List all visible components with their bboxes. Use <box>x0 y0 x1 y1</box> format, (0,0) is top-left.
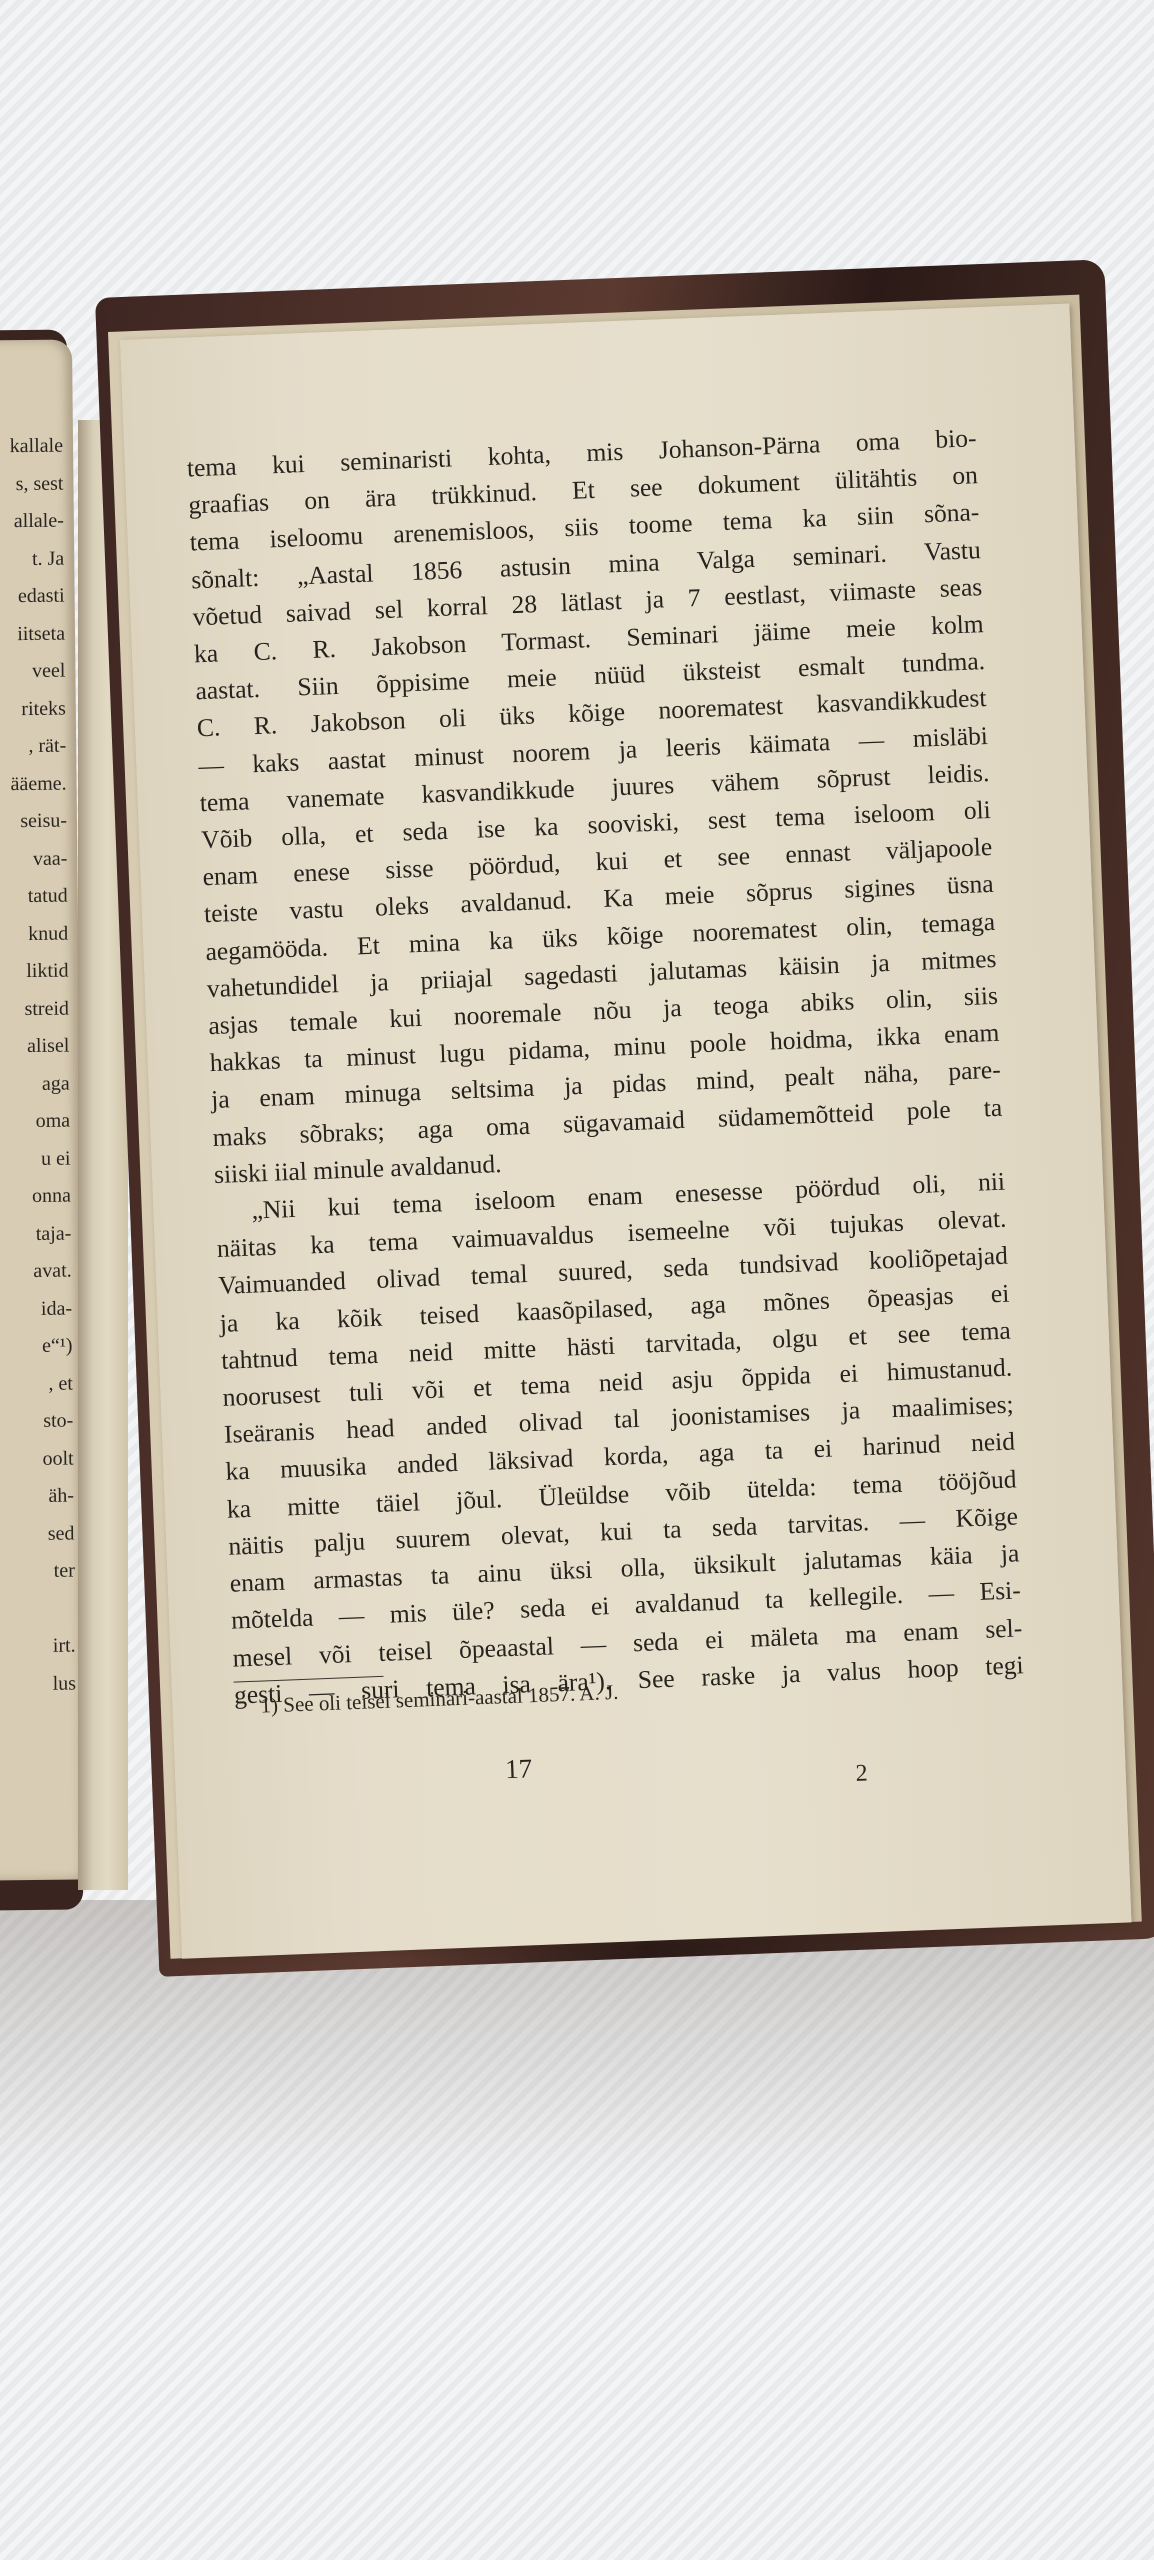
left-page-fragment: avat. <box>33 1260 72 1283</box>
left-page-fragment: riteks <box>21 697 66 720</box>
left-page-fragment: tatud <box>28 885 68 908</box>
left-page-fragment: streid <box>24 997 69 1020</box>
page-number: 17 <box>505 1753 533 1785</box>
left-page-fragment: allale- <box>14 510 64 534</box>
left-page-fragment: edasti <box>18 585 65 608</box>
left-page-fragment: vaa- <box>33 847 68 870</box>
left-page-fragment: sed <box>48 1522 75 1545</box>
left-page-fragment: seisu- <box>20 810 67 833</box>
left-page-fragment: e“¹) <box>42 1335 73 1358</box>
left-page-fragment: ida- <box>41 1297 72 1320</box>
left-page-fragment: kallale <box>10 435 64 459</box>
left-page-fragment: t. Ja <box>32 547 64 570</box>
left-page-fragment: ter <box>54 1560 75 1583</box>
signature-mark: 2 <box>855 1760 868 1787</box>
left-page-fragment: sto- <box>43 1410 73 1433</box>
left-page-fragment: , rät- <box>28 735 66 758</box>
left-page-fragment: liktid <box>26 960 68 983</box>
left-page-fragment: äh- <box>48 1485 74 1508</box>
left-page-fragment: oolt <box>42 1447 73 1470</box>
left-page-fragment: veel <box>32 660 66 683</box>
left-page-fragment: taja- <box>36 1222 72 1245</box>
left-page-fragment: , et <box>48 1372 73 1395</box>
left-page-fragment: aga <box>42 1072 70 1095</box>
left-page-fragment: s, sest <box>16 472 64 495</box>
left-page-fragment: onna <box>32 1185 71 1208</box>
right-page: tema kui seminaristi kohta, mis Johanson… <box>120 304 1131 1959</box>
body-text: tema kui seminaristi kohta, mis Johanson… <box>186 419 1024 1713</box>
left-page-fragment: u ei <box>41 1147 71 1170</box>
left-page-fragment: alisel <box>27 1035 69 1058</box>
left-page-fragment: iitseta <box>17 622 65 645</box>
left-page-fragment: oma <box>36 1110 71 1133</box>
left-page-fragment: irt. <box>53 1635 76 1658</box>
left-page-fragment: lus <box>53 1672 77 1695</box>
left-page: kallales, sestallale-t. Jaedastiiitsetav… <box>0 340 88 1881</box>
left-page-fragment: ääeme. <box>10 772 66 796</box>
left-page-fragment: knud <box>28 922 68 945</box>
